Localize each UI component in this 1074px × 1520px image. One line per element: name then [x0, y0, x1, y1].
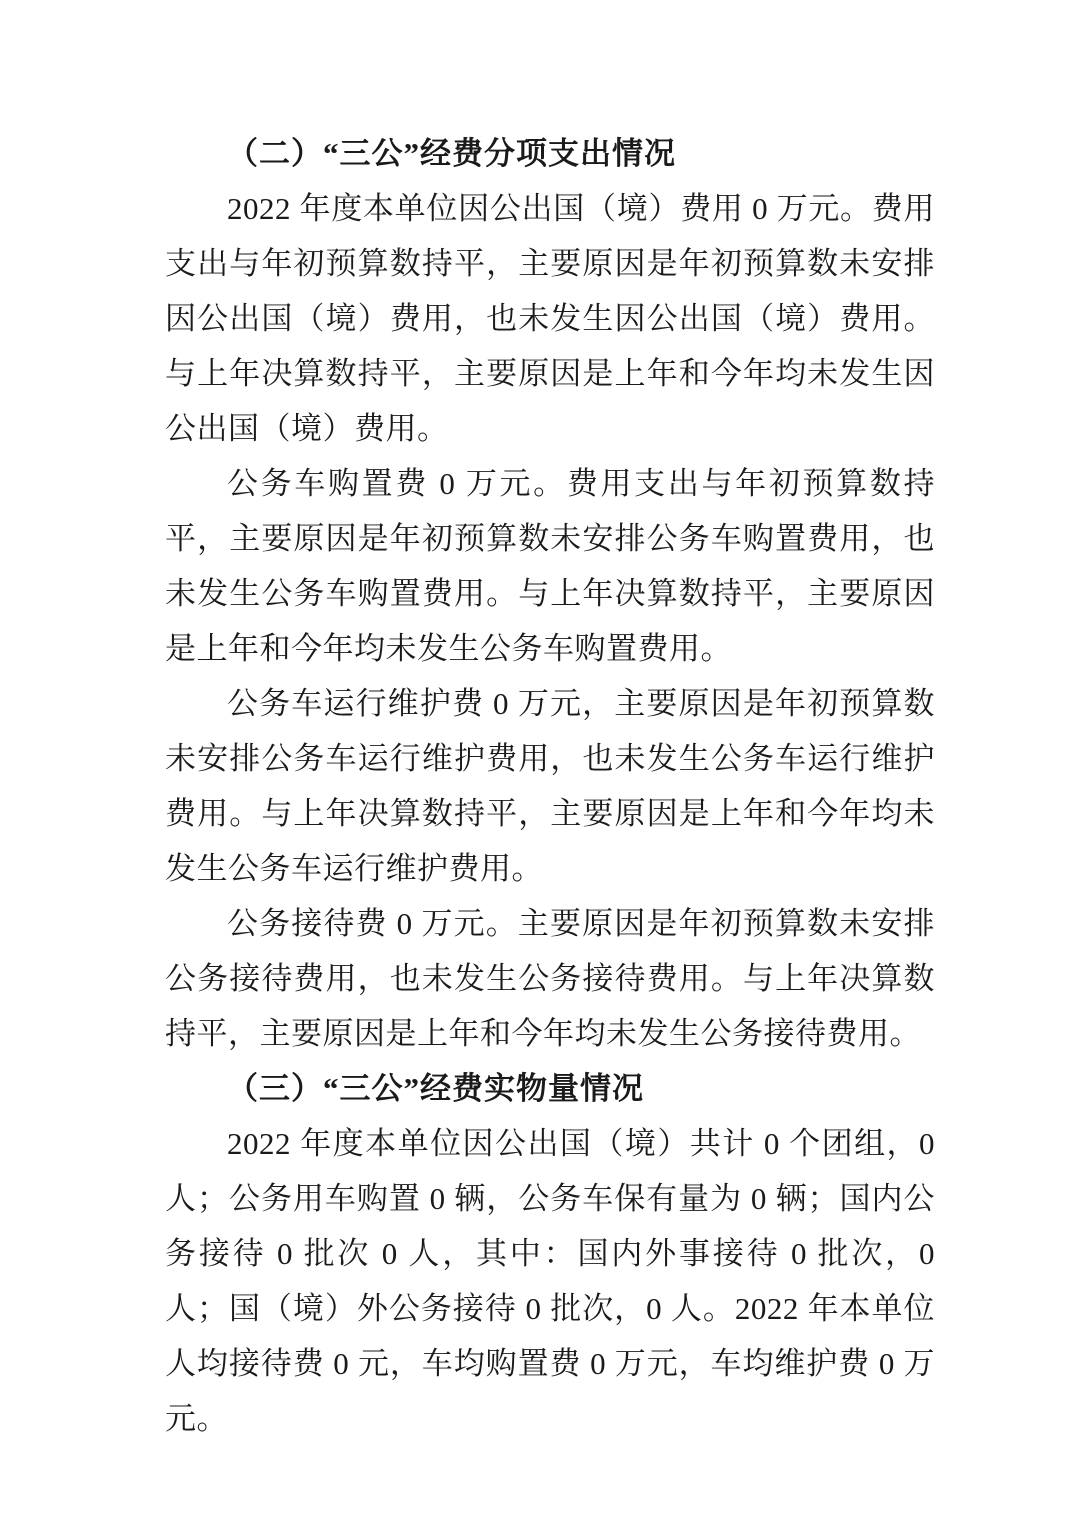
- paragraph-outbound-travel-expense: 2022 年度本单位因公出国（境）费用 0 万元。费用支出与年初预算数持平，主要…: [165, 181, 935, 456]
- paragraph-vehicle-purchase-expense: 公务车购置费 0 万元。费用支出与年初预算数持平，主要原因是年初预算数未安排公务…: [165, 456, 935, 676]
- section-heading-2: （二）“三公”经费分项支出情况: [165, 126, 935, 181]
- section-heading-3: （三）“三公”经费实物量情况: [165, 1061, 935, 1116]
- paragraph-physical-quantity-summary: 2022 年度本单位因公出国（境）共计 0 个团组，0 人；公务用车购置 0 辆…: [165, 1116, 935, 1446]
- paragraph-vehicle-maintenance-expense: 公务车运行维护费 0 万元，主要原因是年初预算数未安排公务车运行维护费用，也未发…: [165, 676, 935, 896]
- document-page: （二）“三公”经费分项支出情况 2022 年度本单位因公出国（境）费用 0 万元…: [0, 0, 1074, 1520]
- paragraph-official-reception-expense: 公务接待费 0 万元。主要原因是年初预算数未安排公务接待费用，也未发生公务接待费…: [165, 896, 935, 1061]
- document-content: （二）“三公”经费分项支出情况 2022 年度本单位因公出国（境）费用 0 万元…: [165, 126, 935, 1446]
